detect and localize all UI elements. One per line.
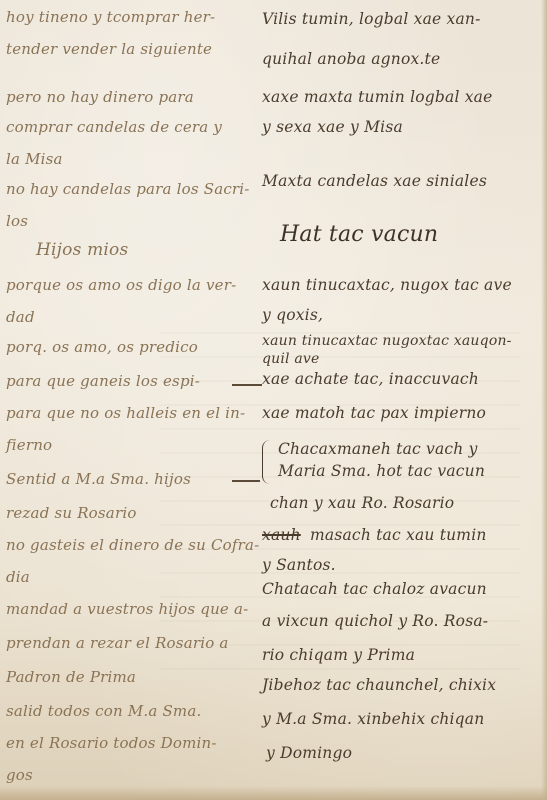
left-line-16: rezad su Rosario <box>6 504 137 522</box>
left-line-22: salid todos con M.a Sma. <box>6 702 201 720</box>
page-edge-right <box>541 0 547 800</box>
right-line-19: a vixcun quichol y Ro. Rosa- <box>262 612 488 630</box>
left-line-14: fierno <box>6 436 52 454</box>
right-line-13: Chacaxmaneh tac vach y <box>278 440 478 458</box>
left-line-1: hoy tineno y tcomprar her- <box>6 8 215 26</box>
connector-dash <box>232 480 260 482</box>
left-line-24: gos <box>6 766 33 784</box>
struck-word: xauh <box>262 526 301 544</box>
right-line-9: xaun tinucaxtac nugoxtac xauqon- <box>262 333 512 349</box>
right-line-22: y M.a Sma. xinbehix chiqan <box>262 710 484 728</box>
left-line-20: prendan a rezar el Rosario a <box>6 634 229 652</box>
left-line-2: tender vender la siguiente <box>6 40 212 58</box>
left-line-9: porque os amo os digo la ver- <box>6 276 236 294</box>
left-line-12: para que ganeis los espi- <box>6 372 200 390</box>
page-edge-bottom <box>0 786 547 800</box>
right-line-3: xaxe maxta tumin logbal xae <box>262 88 493 106</box>
left-line-8: Hijos mios <box>36 240 128 260</box>
right-line-4: y sexa xae y Misa <box>262 118 403 136</box>
right-line-18: Chatacah tac chaloz avacun <box>262 580 487 598</box>
right-line-21: Jibehoz tac chaunchel, chixix <box>262 676 496 694</box>
left-line-18: dia <box>6 568 30 586</box>
right-line-14: Maria Sma. hot tac vacun <box>278 462 485 480</box>
left-line-13: para que no os halleis en el in- <box>6 404 245 422</box>
connector-dash <box>232 384 262 386</box>
right-line-20: rio chiqam y Prima <box>262 646 415 664</box>
section-heading: Hat tac vacun <box>280 222 438 247</box>
right-line-23: y Domingo <box>266 744 352 762</box>
right-line-8: y qoxis, <box>262 306 323 324</box>
right-line-10: quil ave <box>262 351 320 367</box>
manuscript-page: hoy tineno y tcomprar her- tender vender… <box>0 0 547 800</box>
left-line-4: comprar candelas de cera y <box>6 118 222 136</box>
right-line-5: Maxta candelas xae siniales <box>262 172 487 190</box>
brace-mark <box>262 440 277 484</box>
right-line-7: xaun tinucaxtac, nugox tac ave <box>262 276 512 294</box>
right-line-16: masach tac xau tumin <box>310 526 487 544</box>
left-line-17: no gasteis el dinero de su Cofra- <box>6 536 259 554</box>
left-line-23: en el Rosario todos Domin- <box>6 734 217 752</box>
left-line-7: los <box>6 212 28 230</box>
right-line-1: Vilis tumin, logbal xae xan- <box>262 10 481 28</box>
right-line-15: chan y xau Ro. Rosario <box>270 494 454 512</box>
right-line-2: quihal anoba agnox.te <box>262 50 440 68</box>
left-line-11: porq. os amo, os predico <box>6 338 198 356</box>
left-line-19: mandad a vuestros hijos que a- <box>6 600 248 618</box>
left-line-5: la Misa <box>6 150 63 168</box>
right-line-11: xae achate tac, inaccuvach <box>262 370 479 388</box>
right-line-12: xae matoh tac pax impierno <box>262 404 486 422</box>
right-line-17: y Santos. <box>262 556 336 574</box>
left-line-21: Padron de Prima <box>6 668 136 686</box>
left-line-10: dad <box>6 308 35 326</box>
left-line-3: pero no hay dinero para <box>6 88 194 106</box>
left-line-15: Sentid a M.a Sma. hijos <box>6 470 191 488</box>
left-line-6: no hay candelas para los Sacri- <box>6 180 250 198</box>
